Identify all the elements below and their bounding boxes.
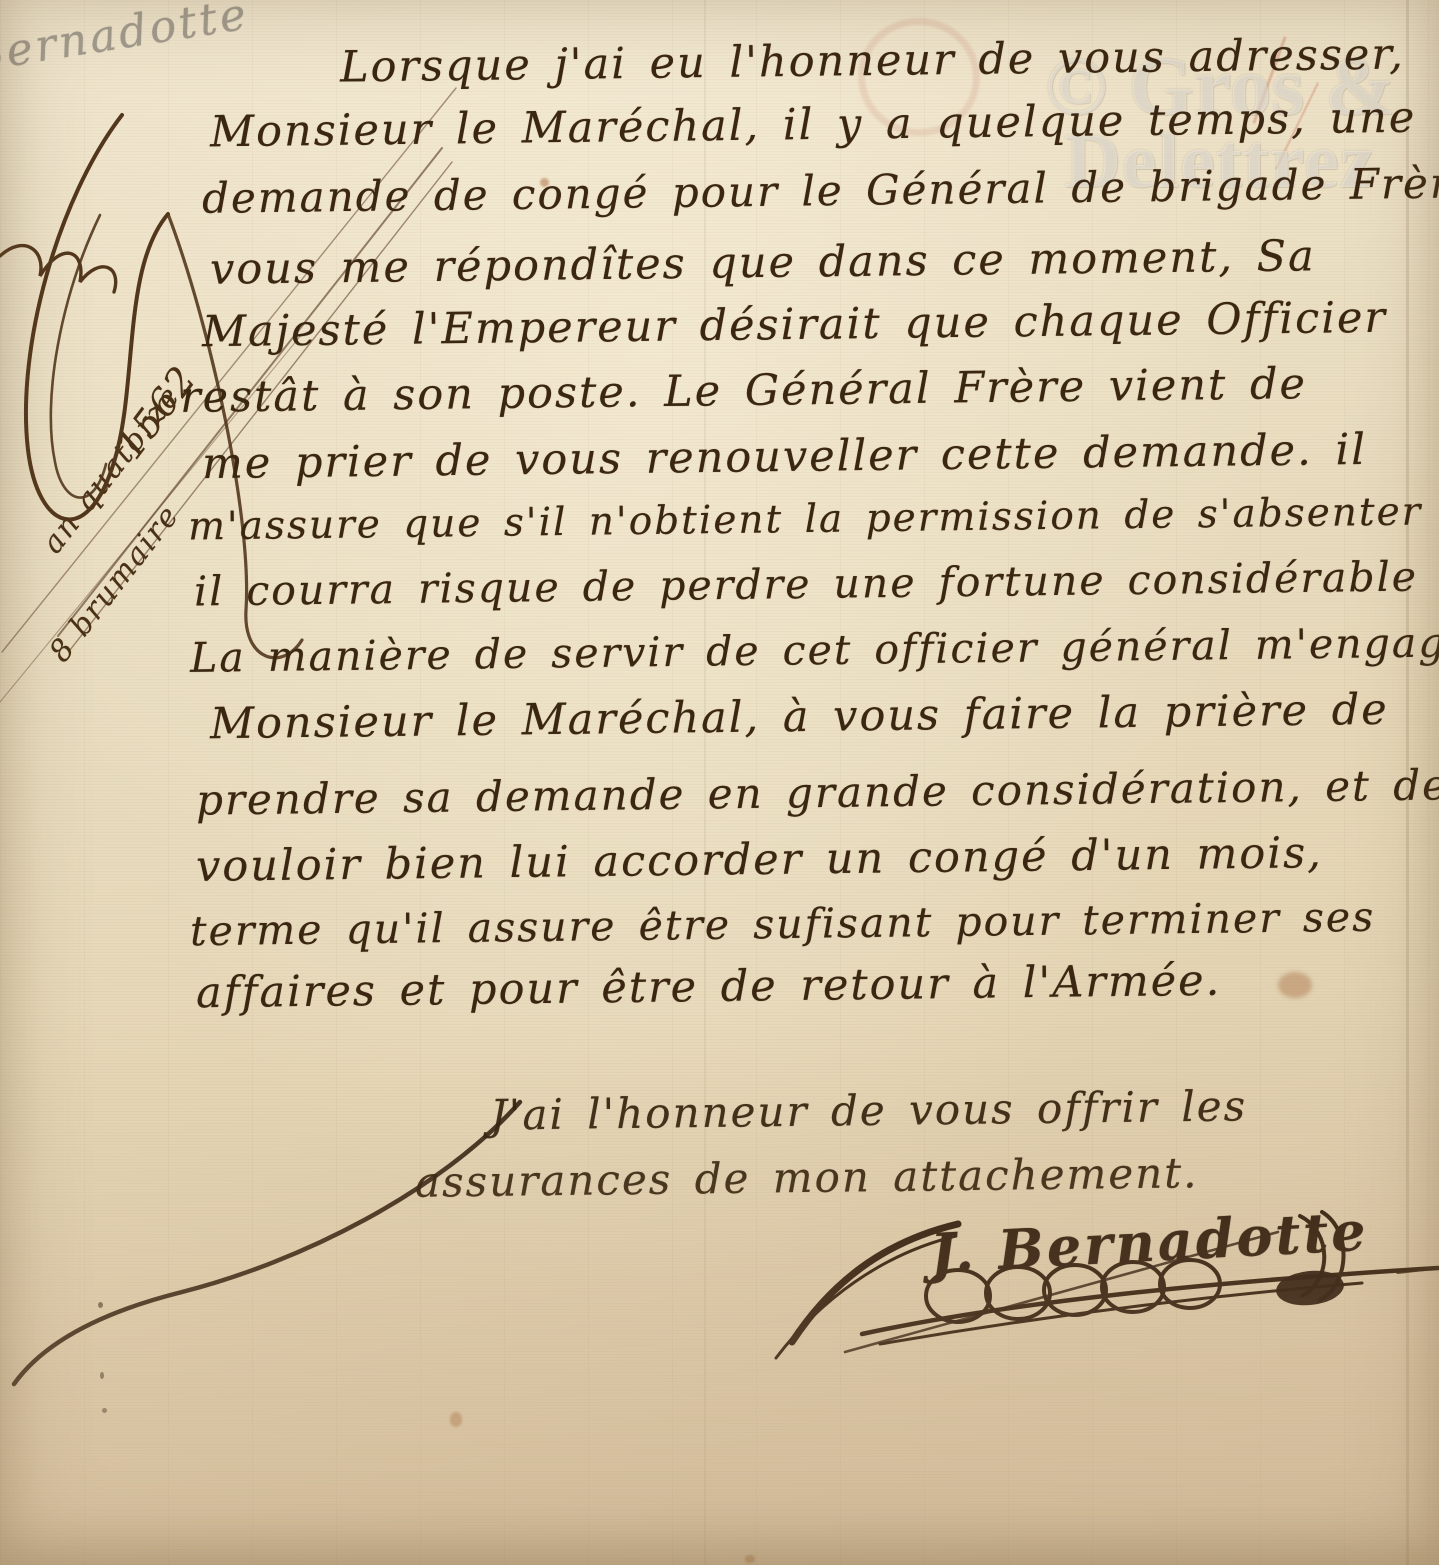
- manuscript-line-2: Monsieur le Maréchal, il y a quelque tem…: [210, 93, 1417, 158]
- manuscript-line-14: terme qu'il assure être sufisant pour te…: [190, 893, 1376, 955]
- ink-speck: [102, 1408, 107, 1413]
- pencil-annotation-bernadotte: Bernadotte: [0, 0, 252, 83]
- ink-stain: [1278, 972, 1312, 998]
- paper-speck: [450, 1412, 462, 1427]
- closing-line-2: assurances de mon attachement.: [415, 1148, 1199, 1207]
- manuscript-line-3: demande de congé pour le Général de brig…: [202, 158, 1439, 223]
- manuscript-line-1: Lorsque j'ai eu l'honneur de vous adress…: [340, 29, 1405, 92]
- manuscript-line-5: Majesté l'Empereur désirait que chaque O…: [202, 293, 1388, 357]
- manuscript-line-8: m'assure que s'il n'obtient la permissio…: [188, 489, 1423, 549]
- signature-bernadotte: J. Bernadotte: [929, 1199, 1370, 1286]
- manuscript-line-9: il courra risque de perdre une fortune c…: [194, 553, 1419, 616]
- manuscript-letter-page: { "page": {"width": 1439, "height": 1565…: [0, 0, 1439, 1565]
- manuscript-line-10: La manière de servir de cet officier gén…: [190, 618, 1439, 682]
- manuscript-line-4: vous me répondîtes que dans ce moment, S…: [210, 231, 1316, 295]
- manuscript-line-13: vouloir bien lui accorder un congé d'un …: [196, 828, 1323, 892]
- manuscript-line-7: me prier de vous renouveller cette deman…: [202, 425, 1367, 489]
- manuscript-line-12: prendre sa demande en grande considérati…: [196, 760, 1439, 824]
- closing-line-1: J'ai l'honneur de vous offrir les: [490, 1081, 1248, 1139]
- ink-speck: [98, 1302, 103, 1308]
- ink-speck: [100, 1372, 104, 1379]
- manuscript-line-15: affaires et pour être de retour à l'Armé…: [196, 956, 1222, 1019]
- manuscript-line-6: restât à son poste. Le Général Frère vie…: [180, 359, 1307, 423]
- manuscript-line-11: Monsieur le Maréchal, à vous faire la pr…: [210, 685, 1389, 749]
- paper-speck: [745, 1555, 755, 1563]
